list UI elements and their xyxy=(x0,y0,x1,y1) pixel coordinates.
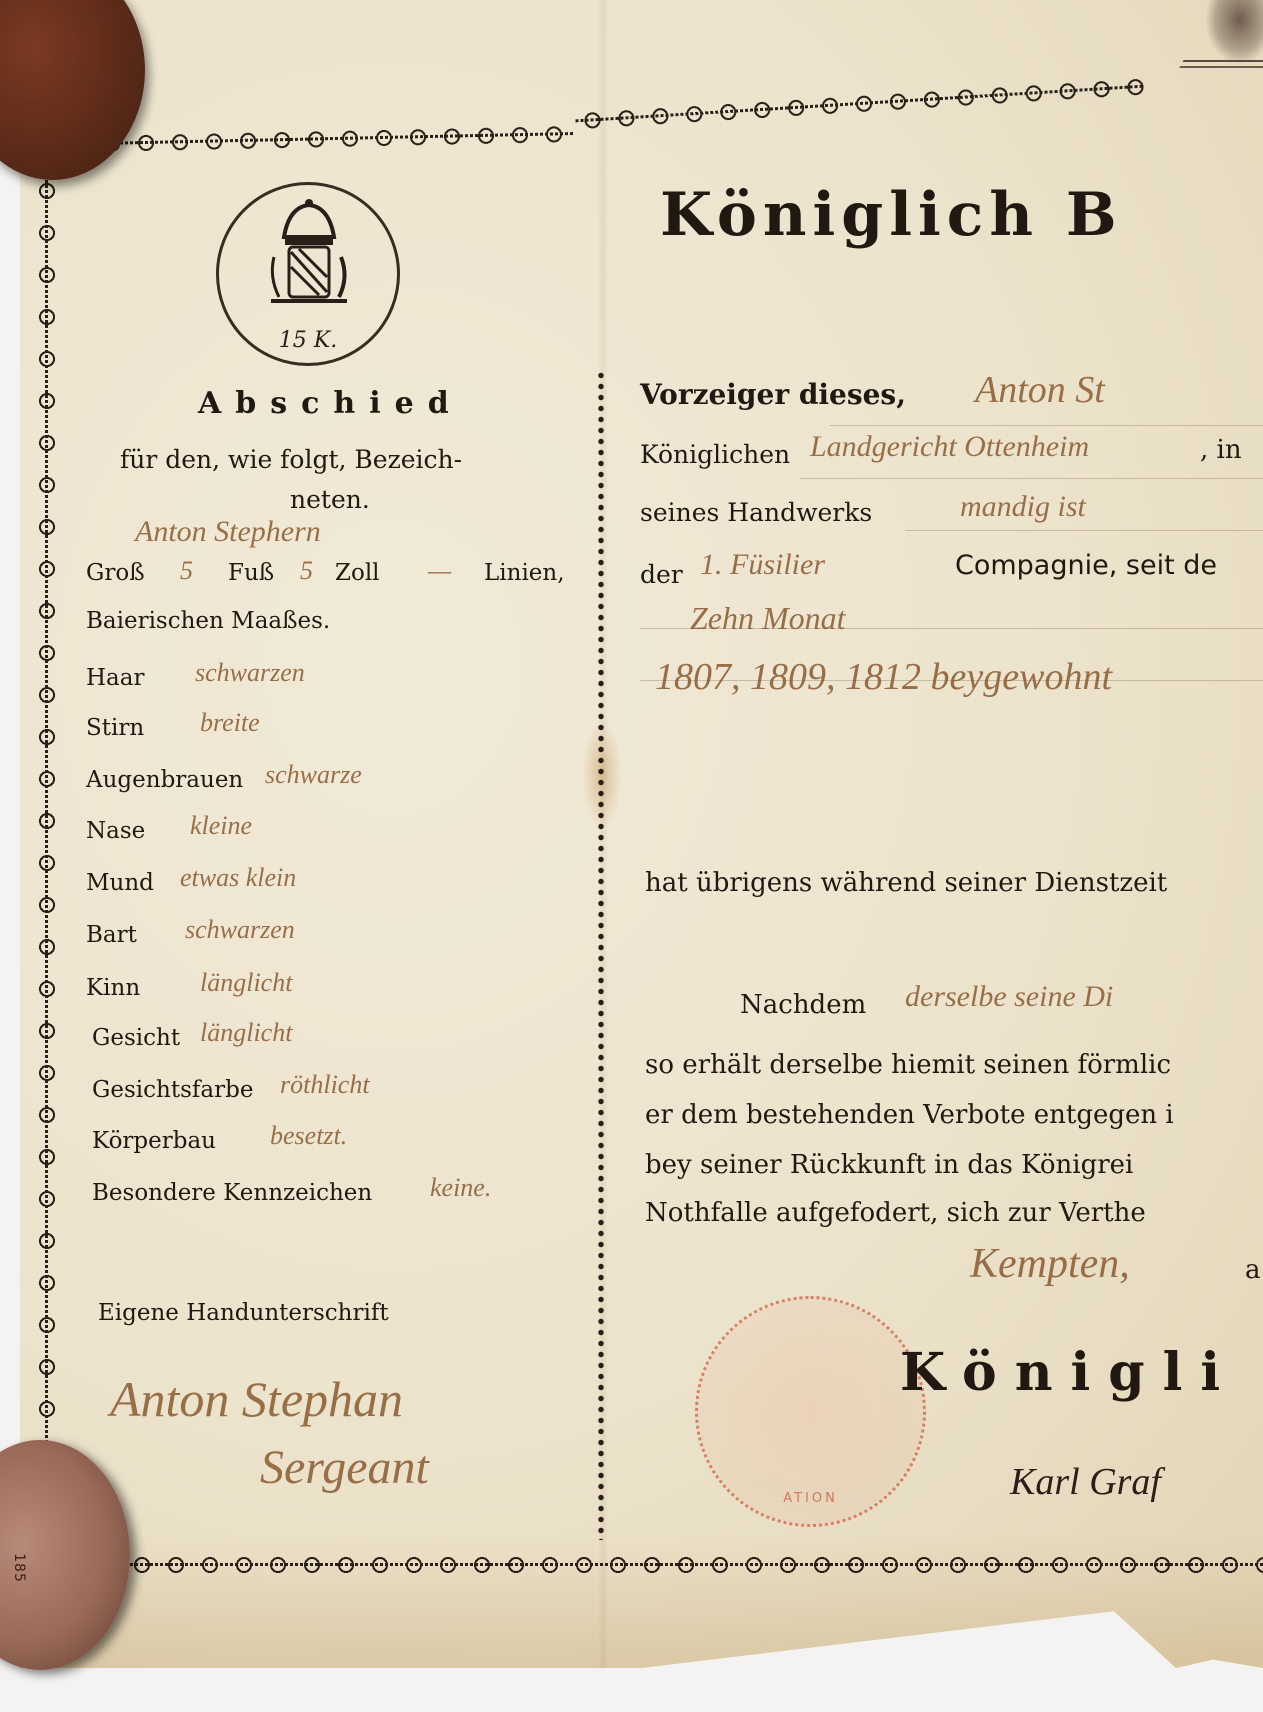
campaign-years: 1807, 1809, 1812 beygewohnt xyxy=(655,655,1112,699)
feet-label: Fuß xyxy=(228,560,274,586)
descriptor-value: röthlicht xyxy=(280,1070,370,1100)
trade-label: seines Handwerks xyxy=(640,498,872,527)
descriptor-label: Gesicht xyxy=(92,1025,180,1051)
issue-place-suffix: a xyxy=(1245,1255,1261,1285)
inches-label: Zoll xyxy=(335,560,380,586)
nachdem-value: derselbe seine Di xyxy=(905,980,1113,1014)
tax-stamp: 15 K. xyxy=(216,182,400,366)
company-prefix: der xyxy=(640,560,683,589)
descriptor-value: schwarzen xyxy=(185,915,295,945)
height-label: Groß xyxy=(86,560,145,586)
trade-value: mandig ist xyxy=(960,490,1086,524)
signature-label: Eigene Handunterschrift xyxy=(98,1300,389,1326)
company-label: Compagnie, seit de xyxy=(955,550,1217,581)
coin-number: 185 xyxy=(11,1553,27,1583)
height-lines-value: — xyxy=(428,556,451,586)
form-rule xyxy=(830,425,1263,426)
subheading-line1: für den, wie folgt, Bezeich- xyxy=(120,445,462,474)
descriptor-value: breite xyxy=(200,708,260,738)
descriptor-label: Gesichtsfarbe xyxy=(92,1077,253,1103)
nachdem-label: Nachdem xyxy=(740,990,866,1020)
descriptor-value: keine. xyxy=(430,1173,491,1203)
descriptor-label: Mund xyxy=(86,870,154,896)
paragraph-line: er dem bestehenden Verbote entgegen i xyxy=(645,1100,1174,1130)
page-title: Königlich B xyxy=(660,180,1123,250)
descriptor-value: länglicht xyxy=(200,968,292,998)
seal-text: ATION xyxy=(698,1491,923,1506)
eagle-pedestal xyxy=(1166,60,1263,90)
company-value: 1. Füsilier xyxy=(700,548,825,582)
descriptor-label: Haar xyxy=(86,665,144,691)
descriptor-label: Nase xyxy=(86,818,145,844)
form-rule xyxy=(905,530,1263,531)
bearer-line-label: Vorzeiger dieses, xyxy=(640,378,906,411)
bottom-garland-border xyxy=(125,1556,1263,1574)
crown-coat-of-arms-icon xyxy=(249,197,369,317)
descriptor-value: länglicht xyxy=(200,1018,292,1048)
measure-note: Baierischen Maaßes. xyxy=(86,608,330,634)
form-rule xyxy=(800,478,1263,479)
issue-place: Kempten, xyxy=(970,1240,1130,1288)
star-column-divider xyxy=(596,370,606,1540)
descriptor-label: Körperbau xyxy=(92,1128,216,1154)
height-feet-value: 5 xyxy=(180,556,193,586)
descriptor-value: schwarze xyxy=(265,760,362,790)
line2-suffix: , in xyxy=(1200,435,1242,465)
subject-signature: Anton Stephan xyxy=(110,1370,403,1428)
bearer-name: Anton St xyxy=(975,368,1105,412)
royal-label: Königlichen xyxy=(640,440,790,469)
descriptor-label: Kinn xyxy=(86,975,140,1001)
height-inches-value: 5 xyxy=(300,556,313,586)
descriptor-label: Augenbrauen xyxy=(86,767,243,793)
district-court: Landgericht Ottenheim xyxy=(810,430,1089,464)
section-heading: Abschied xyxy=(198,386,463,421)
left-garland-border xyxy=(38,170,56,1540)
descriptor-value: schwarzen xyxy=(195,658,305,688)
royal-eagle-emblem-icon xyxy=(1205,0,1263,65)
stamp-value: 15 K. xyxy=(219,328,397,353)
subject-name: Anton Stephern xyxy=(135,515,321,549)
service-duration: Zehn Monat xyxy=(690,600,846,637)
service-statement: hat übrigens während seiner Dienstzeit xyxy=(645,868,1167,898)
subheading-line2: neten. xyxy=(290,485,370,514)
subject-rank: Sergeant xyxy=(260,1440,429,1495)
descriptor-label: Bart xyxy=(86,922,137,948)
officer-signature: Karl Graf xyxy=(1010,1460,1161,1504)
authority-title: Königli xyxy=(900,1342,1238,1403)
paragraph-line: bey seiner Rückkunft in das Königrei xyxy=(645,1150,1133,1180)
paragraph-line: Nothfalle aufgefodert, sich zur Verthe xyxy=(645,1198,1146,1228)
descriptor-label: Besondere Kennzeichen xyxy=(92,1180,372,1206)
paragraph-line: so erhält derselbe hiemit seinen förmlic xyxy=(645,1050,1171,1080)
descriptor-value: kleine xyxy=(190,811,252,841)
descriptor-label: Stirn xyxy=(86,715,144,741)
descriptor-value: besetzt. xyxy=(270,1121,347,1151)
lines-label: Linien, xyxy=(484,560,565,586)
descriptor-value: etwas klein xyxy=(180,863,296,893)
red-official-seal: ATION xyxy=(695,1296,926,1527)
